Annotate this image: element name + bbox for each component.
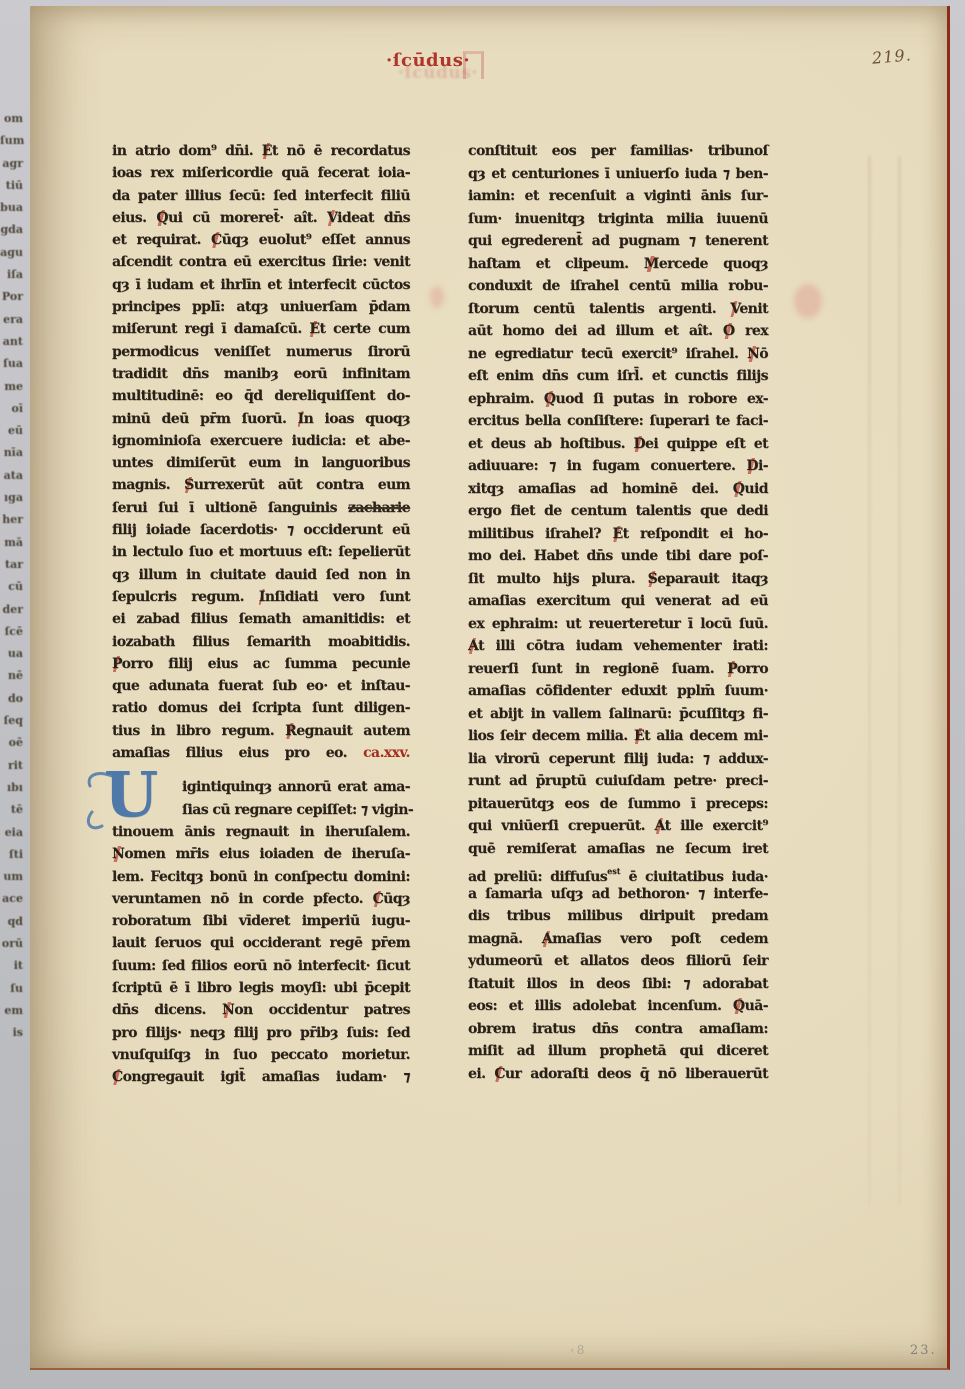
- edge-text-fragment: is: [0, 1026, 26, 1048]
- edge-text-fragment: Por: [0, 290, 26, 312]
- text-segment: filij ioiade ſacerdotis· ⁊ occiderunt eū: [112, 522, 410, 538]
- rubricated-capital: Q: [733, 998, 745, 1014]
- text-segment: i-: [758, 458, 768, 474]
- text-line: ercitus bella conſiſtere: ſuperari te fa…: [468, 410, 768, 433]
- text-line: iamin: et recenſuit a viginti ānis ſur-: [468, 185, 768, 208]
- text-segment: obrem iratus dn̄s contra amaſiam:: [468, 1021, 768, 1037]
- text-segment: mo dei. Habet dn̄s unde tibi dare poſ-: [468, 548, 768, 564]
- text-line: dn̄s dicens. Non occidentur patres: [112, 999, 410, 1021]
- text-segment: t reſpondit ei ho-: [623, 526, 768, 542]
- text-segment: tradidit dn̄s manibȝ eorū infinitam: [112, 366, 410, 382]
- rubricated-capital: S: [184, 477, 194, 493]
- ink-stain: [430, 286, 444, 308]
- text-line: reuerſi ſunt in regionē ſuam. Porro: [468, 658, 768, 681]
- text-line: lem. Fecitqȝ bonū in conſpectu domini:: [112, 866, 410, 888]
- text-segment: minū deū pr̄m ſuorū.: [112, 411, 298, 427]
- text-line: runt ad p̄ruptū cuiuſdam petre· preci-: [468, 770, 768, 793]
- parchment-crease: [898, 156, 901, 1206]
- text-segment: principes pplī: atqȝ uniuerſam p̄dam: [112, 299, 410, 315]
- rubricated-capital: C: [494, 1066, 505, 1082]
- text-segment: ſum· inuenitqȝ triginta milia iuuenū: [468, 211, 768, 227]
- rubricated-capital: N: [222, 1002, 234, 1018]
- text-line: et deus ab hoſtibus. Dei quippe eſt et: [468, 433, 768, 456]
- running-header: ·ſcūdus·: [386, 50, 470, 71]
- text-segment: haſtam et clipeum.: [468, 256, 644, 272]
- edge-text-fragment: ſua: [0, 357, 26, 379]
- text-segment: ſit multo hijs plura.: [468, 571, 648, 587]
- text-segment: qȝ ī iudam et ihrlīn et interfecit cūcto…: [112, 277, 410, 293]
- text-segment: permodicus veniſſet numerus ſirorū: [112, 344, 410, 360]
- text-line: qui vniūerſi crepuerūt. At ille exercit⁹: [468, 815, 768, 838]
- text-segment: ei quippe eſt et: [645, 436, 768, 452]
- text-line: ſtatuit illos in deos ſibi: ⁊ adorabat: [468, 973, 768, 996]
- rubricated-capital: V: [327, 210, 337, 226]
- chapter-rubric: ca.xxv.: [363, 745, 410, 761]
- edge-text-fragment: um: [0, 870, 26, 892]
- rubricated-capital: C: [373, 891, 384, 907]
- text-segment: n ioas quoqȝ: [304, 411, 410, 427]
- text-segment: t ille exercit⁹: [665, 818, 768, 834]
- edge-text-fragment: oī: [0, 402, 26, 424]
- text-segment: orro: [737, 661, 768, 677]
- edge-text-fragment: mā: [0, 536, 26, 558]
- text-column-right: conſtituit eos per familias· tribunoſqȝ …: [468, 140, 768, 1085]
- edge-text-fragment: ata: [0, 469, 26, 491]
- text-line: roboratum ſibi vīderet imperiū iugu-: [112, 910, 410, 932]
- text-segment: ſias cū regnare cepiſſet: ⁊ vigin-: [182, 802, 413, 818]
- edge-text-fragment: qd: [0, 915, 26, 937]
- text-segment: ideat dn̄s: [337, 210, 410, 226]
- text-line: eius. Qui cū moreret̄· aît. Videat dn̄s: [112, 207, 410, 229]
- text-line: Nomen mr̄is eius ioiaden de iheruſa-: [112, 843, 410, 865]
- text-line: veruntamen nō in corde pfecto. Cūqȝ: [112, 888, 410, 910]
- rubricated-capital: P: [112, 656, 122, 672]
- edge-text-fragment: tē: [0, 803, 26, 825]
- text-segment: ſepulcris regum.: [112, 589, 259, 605]
- text-segment: ō: [759, 346, 768, 362]
- text-segment: ūqȝ euolut⁹ eſſet annus: [222, 232, 410, 248]
- text-line: miſit ad illum prophetā qui diceret: [468, 1040, 768, 1063]
- edge-text-fragment: bua: [0, 201, 26, 223]
- text-segment: ur adoraſti deos q̄ nō liberauerūt: [505, 1066, 768, 1082]
- edge-text-fragment: rit: [0, 759, 26, 781]
- text-line: miſerunt regi ī damaſcū. Et certe cum: [112, 318, 410, 340]
- edge-text-fragment: ace: [0, 892, 26, 914]
- text-line: filij ioiade ſacerdotis· ⁊ occiderunt eū: [112, 519, 410, 541]
- bottom-smudge: ‹8: [570, 1343, 586, 1357]
- text-column-left: U in atrio dom⁹ dn̄i. Et nō ē recordatus…: [112, 140, 410, 1088]
- rubricated-capital: S: [648, 571, 658, 587]
- manuscript-scan: omſumagrtiūbuagdaaguiſaPoreraantſuameoīe…: [0, 0, 965, 1389]
- text-line: qȝ et centuriones ī uniuerſo iuda ⁊ ben-: [468, 163, 768, 186]
- rubricated-capital: E: [612, 526, 622, 542]
- initial-flourish-icon: [82, 768, 112, 838]
- edge-text-fragment: ſcē: [0, 625, 26, 647]
- edge-text-fragment: ſum: [0, 134, 26, 156]
- text-line: a ſamaria uſqȝ ad bethoron· ⁊ interfe-: [468, 883, 768, 906]
- edge-text-fragment: ſeq: [0, 714, 26, 736]
- text-segment: ei.: [468, 1066, 494, 1082]
- text-segment: pitauerūtqȝ eos de ſummo ī preceps:: [468, 796, 768, 812]
- text-segment: ercitus bella conſiſtere: ſuperari te fa…: [468, 413, 768, 429]
- text-segment: conſtituit eos per familias· tribunoſ: [468, 143, 768, 159]
- text-line: lia virorū ceperunt filij iuda: ⁊ addux-: [468, 748, 768, 771]
- text-segment: omen mr̄is eius ioiaden de iheruſa-: [124, 846, 410, 862]
- text-segment: ſuum: ſed filios eorū nō interfecit· ſic…: [112, 958, 410, 974]
- parchment-crease: [868, 156, 871, 1206]
- text-segment: ex ephraim: ut reuerteretur ī locū ſuū.: [468, 616, 768, 632]
- text-segment: et abijt in vallem ſalinarū: p̄cuſſitqȝ …: [468, 706, 768, 722]
- text-line: ſepulcris regum. Inſidiati vero ſunt: [112, 586, 410, 608]
- text-segment: multitudinē: eo q̄d dereliquiſſent do-: [112, 388, 410, 404]
- rubricated-capital: P: [727, 661, 737, 677]
- rubricated-capital: E: [309, 321, 319, 337]
- text-segment: lia virorū ceperunt filij iuda: ⁊ addux-: [468, 751, 768, 767]
- edge-text-fragment: der: [0, 603, 26, 625]
- edge-text-fragment: ıbı: [0, 781, 26, 803]
- text-segment: et requirat.: [112, 232, 211, 248]
- text-segment: militibus iſrahel?: [468, 526, 612, 542]
- text-segment: lem. Fecitqȝ bonū in conſpectu domini:: [112, 869, 410, 885]
- text-line: At illi cōtra iudam vehementer irati:: [468, 635, 768, 658]
- edge-text-fragment: nē: [0, 669, 26, 691]
- rubricated-capital: A: [655, 818, 665, 834]
- text-line: untes dimiſerūt eum in languoribus: [112, 452, 410, 474]
- text-segment: roboratum ſibi vīderet imperiū iugu-: [112, 913, 410, 929]
- text-line: haſtam et clipeum. Mercede quoqȝ: [468, 253, 768, 276]
- text-line: principes pplī: atqȝ uniuerſam p̄dam: [112, 296, 410, 318]
- rubricated-capital: Q: [156, 210, 168, 226]
- text-line: et requirat. Cūqȝ euolut⁹ eſſet annus: [112, 229, 410, 251]
- initial-letter: U: [104, 758, 158, 831]
- text-line: ex ephraim: ut reuerteretur ī locū ſuū.: [468, 613, 768, 636]
- text-line: qȝ ī iudam et ihrlīn et interfecit cūcto…: [112, 274, 410, 296]
- edge-text-fragment: cū: [0, 580, 26, 602]
- edge-text-fragment: em: [0, 1004, 26, 1026]
- text-segment: a ſamaria uſqȝ ad bethoron· ⁊ interfe-: [468, 886, 768, 902]
- rubricated-capital: E: [262, 143, 272, 159]
- text-segment: untes dimiſerūt eum in languoribus: [112, 455, 410, 471]
- text-segment: runt ad p̄ruptū cuiuſdam petre· preci-: [468, 773, 768, 789]
- text-line: mo dei. Habet dn̄s unde tibi dare poſ-: [468, 545, 768, 568]
- text-line: eos: et illis adolebat incenſum. Quā-: [468, 995, 768, 1018]
- folio-number: 219.: [871, 45, 912, 67]
- text-segment: igintiquinqȝ annorū erat ama-: [182, 779, 410, 795]
- text-line: minū deū pr̄m ſuorū. In ioas quoqȝ: [112, 408, 410, 430]
- text-segment: dn̄s dicens.: [112, 1002, 222, 1018]
- edge-text-fragment: oē: [0, 736, 26, 758]
- text-segment: uod ſi putas in robore ex-: [556, 391, 769, 407]
- text-segment: t certe cum: [319, 321, 410, 337]
- text-line: magnis. Surrexerūt aūt contra eum: [112, 474, 410, 496]
- text-segment: ercede quoqȝ: [659, 256, 768, 272]
- text-segment: miſit ad illum prophetā qui diceret: [468, 1043, 768, 1059]
- text-segment: ſtorum centū talentis argenti.: [468, 301, 730, 317]
- rubricated-capital: D: [746, 458, 758, 474]
- text-line: lauit ſeruos qui occiderant regē pr̄em: [112, 932, 410, 954]
- text-segment: in lectulo ſuo et mortuus eſt: ſepelierū…: [112, 544, 410, 560]
- text-segment: ui cū moreret̄· aît.: [168, 210, 327, 226]
- text-line: ignominioſa exercuere iudicia: et abe-: [112, 430, 410, 452]
- text-segment: quē remiſerat amaſias ne ſecum iret: [468, 841, 768, 857]
- text-segment: egnauit autem: [296, 723, 410, 739]
- text-segment: lauit ſeruos qui occiderant regē pr̄em: [112, 935, 410, 951]
- text-line: ydumeorū et allatos deos filiorū ſeir: [468, 950, 768, 973]
- edge-text-fragment: ıga: [0, 491, 26, 513]
- text-line: amaſias cōfidenter eduxit pplm̄ ſuum·: [468, 680, 768, 703]
- edge-text-fragment: agu: [0, 246, 26, 268]
- rubricated-capital: A: [468, 638, 478, 654]
- text-segment: uā-: [745, 998, 768, 1014]
- text-segment: qȝ illum in ciuitate dauid ſed non in: [112, 567, 410, 583]
- edge-text-fragment: eū: [0, 424, 26, 446]
- text-segment: urrexerūt aūt contra eum: [194, 477, 410, 493]
- text-segment: ydumeorū et allatos deos filiorū ſeir: [468, 953, 768, 969]
- text-line: ſerui ſui ī ultionē ſanguinis zacharie: [112, 497, 410, 519]
- rubricated-capital: E: [634, 728, 644, 744]
- text-segment: ne egrediatur tecū exercit⁹ iſrahel.: [468, 346, 747, 362]
- text-segment: magnis.: [112, 477, 184, 493]
- text-segment: t illi cōtra iudam vehementer irati:: [478, 638, 768, 654]
- edge-text-fragment: gda: [0, 223, 26, 245]
- edge-text-fragment: eia: [0, 826, 26, 848]
- text-line: xitqȝ amaſias ad hominē dei. Quid: [468, 478, 768, 501]
- text-line: ſuum: ſed filios eorū nō interfecit· ſic…: [112, 955, 410, 977]
- text-line: ratio domus dei ſcripta ſunt diligen-: [112, 697, 410, 719]
- edge-text-fragment: era: [0, 313, 26, 335]
- text-line: da pater illius ſecū: ſed interfecit fil…: [112, 185, 410, 207]
- text-line: iozabath filius ſemarith moabitidis.: [112, 631, 410, 653]
- text-line: militibus iſrahel? Et reſpondit ei ho-: [468, 523, 768, 546]
- text-segment: on occidentur patres: [234, 1002, 410, 1018]
- rubricated-capital: M: [644, 256, 659, 272]
- text-segment: ongregauit igit̄ amaſias iudam· ⁊: [123, 1069, 410, 1085]
- edge-text-fragment: do: [0, 692, 26, 714]
- text-line: eſt enim dn̄s cum iſrl̄. et cunctis fili…: [468, 365, 768, 388]
- text-segment: et deus ab hoſtibus.: [468, 436, 633, 452]
- edge-text-fragment: tiū: [0, 179, 26, 201]
- text-line: lios ſeir decem milia. Et alia decem mi-: [468, 725, 768, 748]
- text-segment: in atrio dom⁹ dn̄i.: [112, 143, 262, 159]
- text-segment: eos: et illis adolebat incenſum.: [468, 998, 733, 1014]
- text-segment: tius in libro regum.: [112, 723, 285, 739]
- text-segment: ergo fiet de centum talentis que dedi: [468, 503, 768, 519]
- text-line: in lectulo ſuo et mortuus eſt: ſepelierū…: [112, 541, 410, 563]
- text-segment: iozabath filius ſemarith moabitidis.: [112, 634, 410, 650]
- text-segment: ei zabad filius ſemath amanitidis: et: [112, 611, 410, 627]
- rubricated-capital: D: [633, 436, 645, 452]
- text-segment: conduxit de iſrahel centū milia robu-: [468, 278, 768, 294]
- text-segment: nſidiati vero ſunt: [265, 589, 410, 605]
- text-line: que adunata fuerat ſub eo· et inſtau-: [112, 675, 410, 697]
- edge-text-fragment: nīa: [0, 446, 26, 468]
- edge-text-fragment: her: [0, 513, 26, 535]
- text-segment: lios ſeir decem milia.: [468, 728, 634, 744]
- page-edge-text: omſumagrtiūbuagdaaguiſaPoreraantſuameoīe…: [0, 112, 26, 1048]
- text-segment: maſias vero poſt cedem: [552, 931, 768, 947]
- edge-text-fragment: om: [0, 112, 26, 134]
- text-line: amaſias exercitum qui venerat ad eū: [468, 590, 768, 613]
- rubricated-capital: Q: [733, 481, 745, 497]
- text-line: conſtituit eos per familias· tribunoſ: [468, 140, 768, 163]
- edge-text-fragment: ant: [0, 335, 26, 357]
- text-line: magnā. Amaſias vero poſt cedem: [468, 928, 768, 951]
- text-segment: ſtatuit illos in deos ſibi: ⁊ adorabat: [468, 976, 768, 992]
- edge-text-fragment: ſti: [0, 848, 26, 870]
- text-segment: dis tribus milibus diripuit predam: [468, 908, 768, 924]
- text-segment: uid: [744, 481, 768, 497]
- text-line: ad preliū: diffuſusest ē ciuitatibus iud…: [468, 860, 768, 883]
- text-segment: ioas rex miſericordie quā fecerat ioia-: [112, 165, 410, 181]
- edge-text-fragment: orū: [0, 937, 26, 959]
- edge-text-fragment: iſa: [0, 268, 26, 290]
- text-segment: reuerſi ſunt in regionē ſuam.: [468, 661, 727, 677]
- rubricated-capital: V: [730, 301, 739, 317]
- text-segment: magnā.: [468, 931, 542, 947]
- text-segment: adiuuare: ⁊ in fugam conuertere.: [468, 458, 746, 474]
- text-segment: que adunata fuerat ſub eo· et inſtau-: [112, 678, 410, 694]
- edge-text-fragment: ua: [0, 647, 26, 669]
- text-segment: ratio domus dei ſcripta ſunt diligen-: [112, 700, 410, 716]
- text-line: qȝ illum in ciuitate dauid ſed non in: [112, 564, 410, 586]
- text-line: pro filijs· neqȝ filij pro pr̄ibȝ ſuis: …: [112, 1022, 410, 1044]
- text-line: tradidit dn̄s manibȝ eorū infinitam: [112, 363, 410, 385]
- rubricated-capital: O: [723, 323, 735, 339]
- text-segment: ignominioſa exercuere iudicia: et abe-: [112, 433, 410, 449]
- text-line: conduxit de iſrahel centū milia robu-: [468, 275, 768, 298]
- text-line: vnuſquiſqȝ in ſuo peccato morietur.: [112, 1044, 410, 1066]
- text-segment: rex: [735, 323, 768, 339]
- text-segment: amaſias exercitum qui venerat ad eū: [468, 593, 768, 609]
- text-segment: aſcendit contra eū exercitus ſirie: veni…: [112, 254, 410, 270]
- text-segment: veruntamen nō in corde pfecto.: [112, 891, 373, 907]
- text-line: quē remiſerat amaſias ne ſecum iret: [468, 838, 768, 861]
- text-line: ergo fiet de centum talentis que dedi: [468, 500, 768, 523]
- text-line: ne egrediatur tecū exercit⁹ iſrahel. Nō: [468, 343, 768, 366]
- text-segment: da pater illius ſecū: ſed interfecit fil…: [112, 188, 410, 204]
- text-segment: vnuſquiſqȝ in ſuo peccato morietur.: [112, 1047, 410, 1063]
- edge-text-fragment: tar: [0, 558, 26, 580]
- text-line: ſit multo hijs plura. Separauit itaqȝ: [468, 568, 768, 591]
- text-line: ei zabad filius ſemath amanitidis: et: [112, 608, 410, 630]
- text-line: Congregauit igit̄ amaſias iudam· ⁊: [112, 1066, 410, 1088]
- text-segment: iamin: et recenſuit a viginti ānis ſur-: [468, 188, 768, 204]
- rubricated-capital: N: [747, 346, 759, 362]
- text-line: ei. Cur adoraſti deos q̄ nō liberauerūt: [468, 1063, 768, 1086]
- text-segment: qȝ et centuriones ī uniuerſo iuda ⁊ ben-: [468, 166, 768, 182]
- text-line: ſum· inuenitqȝ triginta milia iuuenū: [468, 208, 768, 231]
- text-line: aūt homo dei ad illum et aît. O rex: [468, 320, 768, 343]
- text-segment: qui egrederent̄ ad pugnam ⁊ tenerent: [468, 233, 768, 249]
- text-segment: qui vniūerſi crepuerūt.: [468, 818, 655, 834]
- ink-stain: [794, 284, 822, 318]
- text-line: pitauerūtqȝ eos de ſummo ī preceps:: [468, 793, 768, 816]
- text-segment: ſerui ſui ī ultionē ſanguinis: [112, 500, 348, 516]
- text-line: tius in libro regum. Regnauit autem: [112, 720, 410, 742]
- text-line: multitudinē: eo q̄d dereliquiſſent do-: [112, 385, 410, 407]
- text-line: in atrio dom⁹ dn̄i. Et nō ē recordatus: [112, 140, 410, 162]
- text-line: aſcendit contra eū exercitus ſirie: veni…: [112, 251, 410, 273]
- text-segment: ūqȝ: [383, 891, 410, 907]
- text-line: adiuuare: ⁊ in fugam conuertere. Di-: [468, 455, 768, 478]
- edge-text-fragment: ſu: [0, 982, 26, 1004]
- text-line: ioas rex miſericordie quā fecerat ioia-: [112, 162, 410, 184]
- text-line: ephraim. Quod ſi putas in robore ex-: [468, 388, 768, 411]
- text-line: ſcriptū ē ī libro legis moyſi: ubi p̄cep…: [112, 977, 410, 999]
- text-segment: xitqȝ amaſias ad hominē dei.: [468, 481, 733, 497]
- rubricated-capital: R: [285, 723, 296, 739]
- text-segment: aūt homo dei ad illum et aît.: [468, 323, 723, 339]
- edge-text-fragment: me: [0, 380, 26, 402]
- text-segment: ephraim.: [468, 391, 544, 407]
- edge-text-fragment: agr: [0, 157, 26, 179]
- text-segment: eparauit itaqȝ: [657, 571, 768, 587]
- edge-text-fragment: it: [0, 959, 26, 981]
- interlinear-correction: est: [607, 866, 620, 876]
- rubricated-capital: A: [542, 931, 552, 947]
- rubricated-capital: N: [112, 846, 124, 862]
- text-line: obrem iratus dn̄s contra amaſiam:: [468, 1018, 768, 1041]
- text-segment: eſt enim dn̄s cum iſrl̄. et cunctis fili…: [468, 368, 768, 384]
- text-segment: ſcriptū ē ī libro legis moyſi: ubi p̄cep…: [112, 980, 410, 996]
- struck-word: zacharie: [348, 500, 410, 516]
- text-line: ſtorum centū talentis argenti. Venit: [468, 298, 768, 321]
- pencil-page-number: 23.: [910, 1343, 937, 1358]
- text-segment: enit: [739, 301, 768, 317]
- text-segment: t alia decem mi-: [644, 728, 768, 744]
- text-line: Porro filij eius ac ſumma pecunie: [112, 653, 410, 675]
- text-segment: t nō ē recordatus: [272, 143, 410, 159]
- text-segment: miſerunt regi ī damaſcū.: [112, 321, 309, 337]
- text-line: qui egrederent̄ ad pugnam ⁊ tenerent: [468, 230, 768, 253]
- text-segment: eius.: [112, 210, 156, 226]
- rubricated-capital: C: [211, 232, 222, 248]
- rubricated-capital: C: [112, 1069, 123, 1085]
- text-line: dis tribus milibus diripuit predam: [468, 905, 768, 928]
- text-segment: amaſias cōfidenter eduxit pplm̄ ſuum·: [468, 683, 768, 699]
- text-line: et abijt in vallem ſalinarū: p̄cuſſitqȝ …: [468, 703, 768, 726]
- illuminated-initial: U: [104, 772, 178, 824]
- text-line: permodicus veniſſet numerus ſirorū: [112, 341, 410, 363]
- text-segment: pro filijs· neqȝ filij pro pr̄ibȝ ſuis: …: [112, 1025, 410, 1041]
- rubricated-capital: Q: [544, 391, 556, 407]
- text-segment: orro filij eius ac ſumma pecunie: [122, 656, 410, 672]
